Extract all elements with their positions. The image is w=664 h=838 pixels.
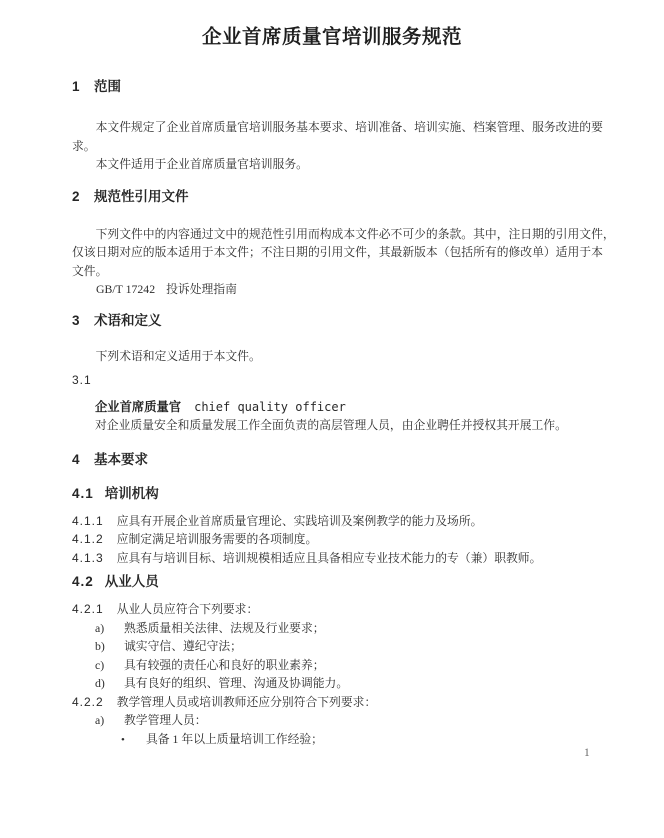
list-item-text: 诚实守信、遵纪守法； xyxy=(124,639,242,653)
section-1-heading: 1范围 xyxy=(72,80,616,94)
list-item-a-teaching: a)教学管理人员： xyxy=(95,711,616,730)
bullet-item: •具备 1 年以上质量培训工作经验； xyxy=(121,730,616,750)
section-4-2-number: 4.2 xyxy=(72,575,94,589)
list-item-label: a) xyxy=(95,619,124,638)
section-3-title: 术语和定义 xyxy=(94,313,162,328)
section-4-1-number: 4.1 xyxy=(72,487,94,501)
list-item-label: d) xyxy=(95,674,124,693)
section-4-title: 基本要求 xyxy=(94,452,148,467)
clause-text: 应具有与培训目标、培训规模相适应且具备相应专业技术能力的专（兼）职教师。 xyxy=(117,551,542,565)
list-item-d: d)具有良好的组织、管理、沟通及协调能力。 xyxy=(95,674,616,693)
section-3-heading: 3术语和定义 xyxy=(72,314,616,328)
section-1-paragraph-2: 本文件适用于企业首席质量官培训服务。 xyxy=(72,155,616,174)
reference-code: GB/T 17242 xyxy=(96,282,155,296)
list-item-text: 教学管理人员： xyxy=(124,713,207,727)
clause-3-1-number: 3.1 xyxy=(72,371,616,390)
list-item-label: c) xyxy=(95,656,124,675)
section-3-number: 3 xyxy=(72,314,80,328)
clause-number: 4.1.2 xyxy=(72,532,104,546)
document-content: 1范围 本文件规定了企业首席质量官培训服务基本要求、培训准备、培训实施、档案管理… xyxy=(72,80,616,749)
term-english: chief quality officer xyxy=(194,400,346,414)
clause-text: 应制定满足培训服务需要的各项制度。 xyxy=(117,532,318,546)
section-3-intro: 下列术语和定义适用于本文件。 xyxy=(72,347,616,366)
list-item-a: a)熟悉质量相关法律、法规及行业要求； xyxy=(95,619,616,638)
section-1-paragraph-1: 本文件规定了企业首席质量官培训服务基本要求、培训准备、培训实施、档案管理、服务改… xyxy=(72,118,616,155)
term-chinese: 企业首席质量官 xyxy=(95,400,181,414)
document-page: 企业首席质量官培训服务规范 1范围 本文件规定了企业首席质量官培训服务基本要求、… xyxy=(0,0,664,838)
section-2-paragraph: 下列文件中的内容通过文中的规范性引用而构成本文件必不可少的条款。其中，注日期的引… xyxy=(72,225,616,281)
list-item-b: b)诚实守信、遵纪守法； xyxy=(95,637,616,656)
clause-text: 从业人员应符合下列要求： xyxy=(117,602,259,616)
clause-4-2-2: 4.2.2教学管理人员或培训教师还应分别符合下列要求： xyxy=(72,693,616,712)
reference-title: 投诉处理指南 xyxy=(166,282,237,296)
clause-4-1-3: 4.1.3应具有与培训目标、培训规模相适应且具备相应专业技术能力的专（兼）职教师… xyxy=(72,549,616,568)
section-4-number: 4 xyxy=(72,453,80,467)
bullet-marker: • xyxy=(121,731,146,750)
section-2-title: 规范性引用文件 xyxy=(94,189,189,204)
section-1-title: 范围 xyxy=(94,79,121,94)
list-item-label: a) xyxy=(95,711,124,730)
clause-number: 4.1.1 xyxy=(72,514,104,528)
list-item-text: 具有良好的组织、管理、沟通及协调能力。 xyxy=(124,676,348,690)
document-title: 企业首席质量官培训服务规范 xyxy=(0,26,664,48)
list-item-c: c)具有较强的责任心和良好的职业素养； xyxy=(95,656,616,675)
page-number: 1 xyxy=(584,747,590,759)
bullet-text: 具备 1 年以上质量培训工作经验； xyxy=(146,732,323,746)
normative-reference: GB/T 17242投诉处理指南 xyxy=(96,280,616,299)
term-definition-line: 企业首席质量官chief quality officer xyxy=(95,398,616,417)
clause-text: 应具有开展企业首席质量官理论、实践培训及案例教学的能力及场所。 xyxy=(117,514,483,528)
section-2-heading: 2规范性引用文件 xyxy=(72,190,616,204)
clause-4-1-1: 4.1.1应具有开展企业首席质量官理论、实践培训及案例教学的能力及场所。 xyxy=(72,512,616,531)
list-item-text: 具有较强的责任心和良好的职业素养； xyxy=(124,658,325,672)
section-2-number: 2 xyxy=(72,190,80,204)
section-1-number: 1 xyxy=(72,80,80,94)
clause-number: 4.2.1 xyxy=(72,602,104,616)
clause-4-2-1: 4.2.1从业人员应符合下列要求： xyxy=(72,600,616,619)
list-item-text: 熟悉质量相关法律、法规及行业要求； xyxy=(124,621,325,635)
clause-number: 4.2.2 xyxy=(72,695,104,709)
clause-number: 4.1.3 xyxy=(72,551,104,565)
section-4-2-title: 从业人员 xyxy=(105,574,159,589)
clause-text: 教学管理人员或培训教师还应分别符合下列要求： xyxy=(117,695,377,709)
list-item-label: b) xyxy=(95,637,124,656)
section-4-1-title: 培训机构 xyxy=(105,486,159,501)
section-4-1-heading: 4.1培训机构 xyxy=(72,487,616,501)
section-4-2-heading: 4.2从业人员 xyxy=(72,575,616,589)
section-4-heading: 4基本要求 xyxy=(72,453,616,467)
term-definition-text: 对企业质量安全和质量发展工作全面负责的高层管理人员，由企业聘任并授权其开展工作。 xyxy=(95,416,616,435)
clause-4-1-2: 4.1.2应制定满足培训服务需要的各项制度。 xyxy=(72,530,616,549)
